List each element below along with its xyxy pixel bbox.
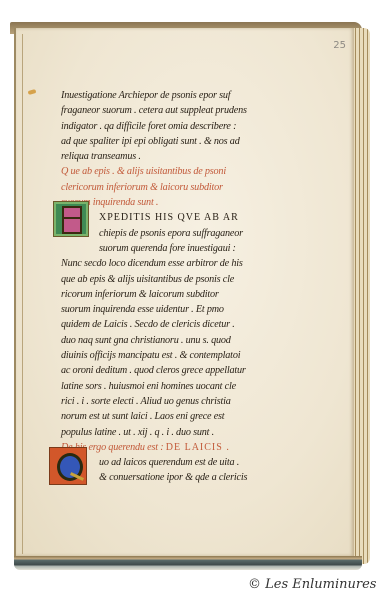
text-line: quidem de Laicis . Secdo de clericis dic… <box>61 317 281 332</box>
initial-e-letter-icon <box>62 206 82 234</box>
text-line: duo naq sunt gna christianoru . unu s. q… <box>61 333 281 348</box>
copyright-notice: © Les Enluminures <box>248 577 376 592</box>
text-line: indigator . qa difficile foret omia desc… <box>61 119 281 134</box>
text-line: & conuersatione ipor & qde a clericis <box>61 470 281 485</box>
text-line: uo ad laicos querendum est de uita . <box>61 455 281 470</box>
rubric-heading-title: DE LAICIS . <box>166 442 230 453</box>
text-block: Inuestigatione Archiepor de psonis epor … <box>61 88 281 486</box>
rubric-line: suorum inquirenda sunt . <box>61 195 281 210</box>
text-line: suorum inquirenda esse uidentur . Et pmo <box>61 302 281 317</box>
text-line: fraganeor suorum . cetera aut suppleat p… <box>61 103 281 118</box>
rubric-line: clericorum inferiorum & laicoru subditor <box>61 180 281 195</box>
rubric-line: Q ue ab epis . & alijs uisitantibus de p… <box>61 164 281 179</box>
text-line: populus latine . ut . xij . q . i . duo … <box>61 425 281 440</box>
text-line: ac oroni deditum . quod cleros grece app… <box>61 363 281 378</box>
text-line: ad que spaliter ipi epi obligati sunt . … <box>61 134 281 149</box>
text-line: Nunc secdo loco dicendum esse arbitror d… <box>61 256 281 271</box>
gutter-line <box>22 34 23 554</box>
text-line: norum est ut sunt laici . Laos eni grece… <box>61 409 281 424</box>
text-line: Inuestigatione Archiepor de psonis epor … <box>61 88 281 103</box>
text-line: que ab epis & alijs uisitantibus de pson… <box>61 272 281 287</box>
page-edges-bottom <box>14 556 362 570</box>
illuminated-initial-e <box>53 201 89 237</box>
text-line: suorum querenda fore inuestigaui : <box>61 241 281 256</box>
text-line: latine sors . huiusmoi eni homines uocan… <box>61 379 281 394</box>
text-line: chiepis de psonis epora suffraganeor <box>61 226 281 241</box>
manuscript-book: 25 Inuestigatione Archiepor de psonis ep… <box>10 22 372 572</box>
text-line: diuinis officijs mancipatu est . & conte… <box>61 348 281 363</box>
manuscript-page: 25 Inuestigatione Archiepor de psonis ep… <box>14 28 354 556</box>
margin-mark <box>28 89 37 95</box>
text-line: XPEDITIS HIS QVE AB AR <box>61 210 281 225</box>
text-line: ricorum inferiorum & laicorum subditor <box>61 287 281 302</box>
folio-number: 25 <box>333 40 346 51</box>
text-line: reliqua transeamus . <box>61 149 281 164</box>
illuminated-initial-q <box>49 447 87 485</box>
text-line: rici . i . sorte electi . Aliud uo genus… <box>61 394 281 409</box>
rubric-heading: De his ergo querendu est : DE LAICIS . <box>61 440 281 455</box>
